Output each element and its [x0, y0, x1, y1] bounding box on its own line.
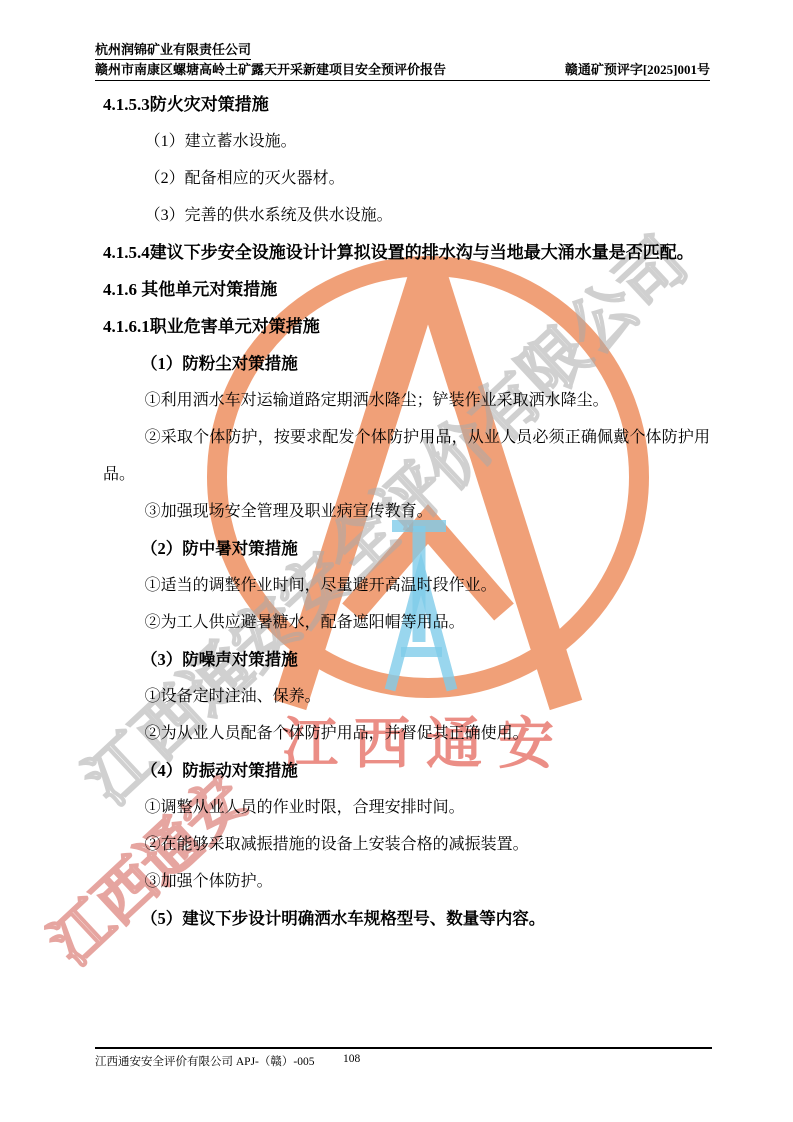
paragraph: ③加强现场安全管理及职业病宣传教育。 — [103, 493, 710, 530]
section-heading: （4）防振动对策措施 — [103, 752, 710, 789]
section-heading: 4.1.5.3防火灾对策措施 — [103, 86, 710, 123]
section-heading: 4.1.6.1职业危害单元对策措施 — [103, 308, 710, 345]
document-page: 江西通安安全评价有限公司 江西通安 江西通安 杭州润锦矿业有限责任公司 赣州市南… — [0, 0, 793, 1122]
header-title-row: 赣州市南康区螺塘高岭土矿露天开采新建项目安全预评价报告 赣通矿预评字[2025]… — [95, 60, 710, 81]
paragraph: （1）建立蓄水设施。 — [103, 123, 710, 160]
paragraph: ②在能够采取减振措施的设备上安装合格的减振装置。 — [103, 826, 710, 863]
paragraph: ①利用洒水车对运输道路定期洒水降尘；铲装作业采取洒水降尘。 — [103, 382, 710, 419]
header-report-title: 赣州市南康区螺塘高岭土矿露天开采新建项目安全预评价报告 — [95, 60, 446, 79]
page-header: 杭州润锦矿业有限责任公司 赣州市南康区螺塘高岭土矿露天开采新建项目安全预评价报告… — [95, 40, 710, 81]
paragraph: （2）配备相应的灭火器材。 — [103, 160, 710, 197]
footer-company-code: 江西通安安全评价有限公司 APJ-（赣）-005 — [95, 1053, 314, 1069]
section-heading: （2）防中暑对策措施 — [103, 530, 710, 567]
header-company-name: 杭州润锦矿业有限责任公司 — [95, 40, 251, 60]
paragraph: ③加强个体防护。 — [103, 863, 710, 900]
section-heading: （5）建议下步设计明确洒水车规格型号、数量等内容。 — [103, 900, 710, 937]
paragraph: ①调整从业人员的作业时限，合理安排时间。 — [103, 789, 710, 826]
section-heading: （3）防噪声对策措施 — [103, 641, 710, 678]
document-body: 4.1.5.3防火灾对策措施（1）建立蓄水设施。（2）配备相应的灭火器材。（3）… — [103, 86, 710, 937]
page-footer: 江西通安安全评价有限公司 APJ-（赣）-005 108 — [95, 1047, 712, 1053]
section-heading: 4.1.6 其他单元对策措施 — [103, 271, 710, 308]
paragraph: ②为工人供应避暑糖水，配备遮阳帽等用品。 — [103, 604, 710, 641]
paragraph: ①设备定时注油、保养。 — [103, 678, 710, 715]
paragraph: ①适当的调整作业时间，尽量避开高温时段作业。 — [103, 567, 710, 604]
paragraph: ②采取个体防护，按要求配发个体防护用品，从业人员必须正确佩戴个体防护用品。 — [103, 419, 710, 493]
paragraph: （3）完善的供水系统及供水设施。 — [103, 197, 710, 234]
page-number: 108 — [343, 1053, 360, 1065]
section-heading: 4.1.5.4建议下步安全设施设计计算拟设置的排水沟与当地最大涌水量是否匹配。 — [103, 234, 710, 271]
section-heading: （1）防粉尘对策措施 — [103, 345, 710, 382]
header-doc-number: 赣通矿预评字[2025]001号 — [565, 60, 710, 79]
paragraph: ②为从业人员配备个体防护用品，并督促其正确使用。 — [103, 715, 710, 752]
